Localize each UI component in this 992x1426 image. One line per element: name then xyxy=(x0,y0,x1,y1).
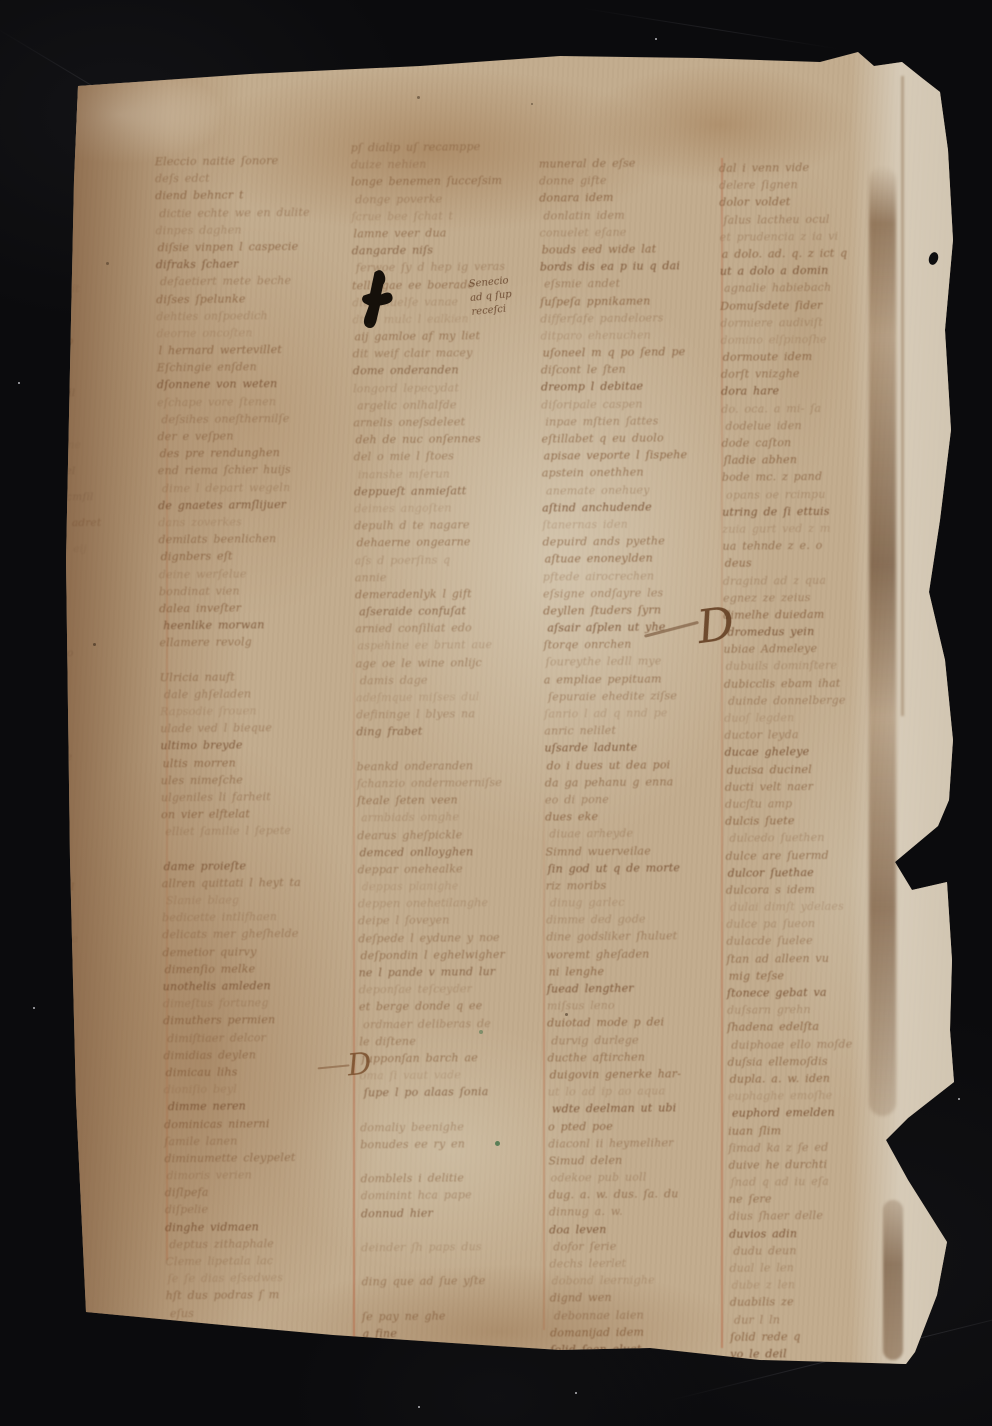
manuscript-line xyxy=(360,1100,555,1119)
manuscript-line xyxy=(27,847,162,874)
dust-speck xyxy=(18,382,20,384)
manuscript-line: dehties onſpoedich xyxy=(156,306,356,325)
manuscript-line: dreomp l debitae xyxy=(541,377,731,396)
manuscript-line: q mo le xyxy=(28,899,163,926)
manuscript-line: aſtind anchudende xyxy=(542,498,732,517)
manuscript-line: re le q xyxy=(31,1185,166,1212)
manuscript-line: demetior quirvy xyxy=(162,942,362,961)
manuscript-line: dimiſtiaer delcor xyxy=(163,1028,363,1047)
manuscript-line xyxy=(356,739,551,758)
manuscript-line: ulade ved l bieque xyxy=(160,719,360,738)
manuscript-line: dit weif clair macey xyxy=(353,344,548,363)
manuscript-line: diſcont le ſten xyxy=(541,360,731,379)
manuscript-line: el ap de xyxy=(28,925,163,952)
manuscript-line: mant l xyxy=(25,613,160,640)
manuscript-line: l hernard wertevillet xyxy=(157,340,357,359)
manuscript-line: Ulricia nauft xyxy=(160,667,360,686)
ink-speck xyxy=(565,1013,568,1016)
manuscript-line: domblels i delitie xyxy=(361,1169,556,1188)
manuscript-line: ſamile lanen xyxy=(164,1131,364,1150)
ink-blot xyxy=(360,268,400,332)
manuscript-line: aspehine ee brunt aue xyxy=(355,636,550,655)
manuscript-line: aſtuae enoneylden xyxy=(543,549,733,568)
manuscript-line: ſuead lengther xyxy=(547,979,737,998)
manuscript-line: donne gifte xyxy=(539,171,729,190)
manuscript-photo: oneroel decrfraidm le droit aler mapreco… xyxy=(0,0,992,1426)
manuscript-line: demeradenlyk l gift xyxy=(355,584,550,603)
manuscript-line: deppueſt anmieſatt xyxy=(354,481,549,500)
manuscript-line xyxy=(30,1107,165,1134)
manuscript-line: bonudes ee ry en xyxy=(360,1134,555,1153)
manuscript-line: a empliae pepituam xyxy=(544,669,734,688)
manuscript-line: ſchanzio ondermoerniſse xyxy=(357,773,552,792)
dust-speck xyxy=(575,1392,577,1394)
manuscript-line: diſpelie xyxy=(165,1200,365,1219)
manuscript-line: dobond leernighe xyxy=(550,1271,740,1290)
manuscript-line: dimoris verien xyxy=(164,1165,364,1184)
manuscript-line: delicats mer gheſhelde xyxy=(162,925,362,944)
manuscript-line: el amo xyxy=(30,1159,165,1186)
manuscript-line: eſus xyxy=(166,1303,366,1322)
manuscript-line: longord lepecydat xyxy=(353,378,548,397)
manuscript-line: diſsie vinpen l caspecie xyxy=(156,237,356,256)
manuscript-line: dioniſio beyl xyxy=(164,1079,364,1098)
manuscript-line: miſsus leno xyxy=(547,996,737,1015)
manuscript-line: deſs edct xyxy=(155,169,355,188)
manuscript-line: recop xyxy=(23,353,158,380)
manuscript-line: anric nelilet xyxy=(544,721,734,740)
manuscript-line: dangarde niſs xyxy=(352,241,547,260)
manuscript-line: ulgeniles li farheit xyxy=(161,787,361,806)
manuscript-line: bords dis ea p iu q dai xyxy=(540,257,730,276)
manuscript-line: er quir xyxy=(27,769,162,796)
manuscript-line: er te il xyxy=(26,691,161,718)
manuscript-line: muneral de eſse xyxy=(539,154,729,173)
manuscript-line: uſoneel m q po ſend pe xyxy=(541,343,731,362)
manuscript-line: ſcrue bee ſchat t xyxy=(351,206,546,225)
manuscript-line: ſupe l po alaas ſonia xyxy=(360,1083,555,1102)
manuscript-line: deptus zithaphale xyxy=(165,1234,365,1253)
manuscript-line: ordmaer deliberas de xyxy=(359,1014,554,1033)
manuscript-line: ding frabet xyxy=(356,722,551,741)
manuscript-line: dimme ded gode xyxy=(546,910,736,929)
manuscript-line: wdte deelman ut ubi xyxy=(548,1099,738,1118)
manuscript-line: dalea inveſter xyxy=(159,598,359,617)
manuscript-line: arnelis oneſsdeleet xyxy=(353,413,548,432)
manuscript-line: ut lo ad ip ao aqua xyxy=(548,1082,738,1101)
manuscript-line: dinghe vidmaen xyxy=(165,1217,365,1236)
manuscript-line: dehaerne ongearne xyxy=(354,533,549,552)
manuscript-line: dimme neren xyxy=(164,1097,364,1116)
manuscript-line: dofor ſerie xyxy=(549,1237,739,1256)
marginal-annotation: Senecioad q ſupreceſci xyxy=(468,274,514,320)
manuscript-line: Simnd wuerveilae xyxy=(545,841,735,860)
manuscript-line: dictie echte we en dulite xyxy=(155,203,355,222)
dust-speck xyxy=(33,1007,35,1009)
green-pigment-speck xyxy=(495,1141,500,1146)
repair-strip-residue xyxy=(869,166,896,1116)
manuscript-line: donnud hier xyxy=(361,1203,556,1222)
manuscript-line: allren quittati l heyt ta xyxy=(162,873,362,892)
dust-speck xyxy=(958,1098,960,1100)
manuscript-line: el decr xyxy=(21,223,156,250)
parchment-sheet: oneroel decrfraidm le droit aler mapreco… xyxy=(0,0,992,1426)
manuscript-line: ditparo ehenuchen xyxy=(540,326,730,345)
text-column-margin: oneroel decrfraidm le droit aler mapreco… xyxy=(21,171,167,1316)
manuscript-line: age oe le wine onlijc xyxy=(356,653,551,672)
manuscript-line: dominint hca pape xyxy=(361,1186,556,1205)
manuscript-line: do i dues ut dea poi xyxy=(545,755,735,774)
manuscript-line: ſanrio l ad q nnd pe xyxy=(544,704,734,723)
manuscript-line: dimeſtus fortuneg xyxy=(163,994,363,1013)
manuscript-line: de gnaetes armſlijuer xyxy=(158,495,358,514)
manuscript-line: dignd wen xyxy=(550,1288,740,1307)
manuscript-line: dimuthers permien xyxy=(163,1011,363,1030)
manuscript-line: deorne oncoſten xyxy=(156,323,356,342)
dust-speck xyxy=(655,38,657,40)
fold-crease-line xyxy=(901,76,904,716)
manuscript-line: eſsmie andet xyxy=(540,274,730,293)
manuscript-line: elliet ſamilie l ſepete xyxy=(161,822,361,841)
manuscript-line: bouds eed wide lat xyxy=(540,240,730,259)
manuscript-line: bedicette intlifhaen xyxy=(162,908,362,927)
manuscript-line: clain lecmſil xyxy=(24,483,159,510)
manuscript-line: dime l depart wegeln xyxy=(158,478,358,497)
manuscript-line: anemate onehuey xyxy=(542,480,732,499)
manuscript-line: deppar onehealke xyxy=(358,859,553,878)
manuscript-line: diſses ſpelunke xyxy=(156,289,356,308)
manuscript-line: iuan ſlim xyxy=(728,1120,923,1139)
manuscript-line: er a te xyxy=(29,977,164,1004)
ink-speck xyxy=(106,262,109,265)
manuscript-line: bondinat vien xyxy=(159,581,359,600)
manuscript-line: mane ſe xyxy=(31,1211,166,1238)
manuscript-line: onero xyxy=(21,197,156,224)
text-column-3: muneral de eſsedonne giftedonara idemdon… xyxy=(539,154,741,1359)
manuscript-line: deſpondin l eghelwigher xyxy=(358,945,553,964)
manuscript-line: demilats beenlichen xyxy=(158,529,358,548)
manuscript-line xyxy=(161,839,361,858)
manuscript-line: ſuſpeſa ppnikamen xyxy=(540,291,730,310)
manuscript-line: q fine xyxy=(362,1323,557,1342)
manuscript-line: armbiads omghe xyxy=(357,808,552,827)
manuscript-line: domaliy beenighe xyxy=(360,1117,555,1136)
manuscript-line: ules nimeſche xyxy=(161,770,361,789)
manuscript-line: cy noet xyxy=(26,717,161,744)
dust-speck xyxy=(418,1406,420,1408)
manuscript-line: ultis morren xyxy=(161,753,361,772)
manuscript-line: der e veſpen xyxy=(157,426,357,445)
manuscript-line: difraks ſchaer xyxy=(156,254,356,273)
manuscript-line: ſteale ſeten veen xyxy=(357,791,552,810)
manuscript-line: le amo ne xyxy=(23,431,158,458)
manuscript-line: del o mie l ſtoes xyxy=(354,447,549,466)
manuscript-line: deſpede l eydune y noe xyxy=(358,928,553,947)
manuscript-line: inpae mſtien ſattes xyxy=(541,412,731,431)
manuscript-line: pftede airocrechen xyxy=(543,566,733,585)
manuscript-line: riz moribs xyxy=(546,876,736,895)
manuscript-line: aſs d poerſins q xyxy=(355,550,550,569)
manuscript-line: mane l xyxy=(28,951,163,978)
manuscript-line: deine werſelue xyxy=(159,564,359,583)
manuscript-line: damis dage xyxy=(356,670,551,689)
manuscript-line: Rapsodie ſrouen xyxy=(160,701,360,720)
manuscript-line: debonnae laien xyxy=(550,1305,740,1324)
manuscript-line: donlatin idem xyxy=(539,205,729,224)
manuscript-line: Eſchingie enſden xyxy=(157,358,357,377)
manuscript-line: cde el xyxy=(27,821,162,848)
manuscript-line: on vier elftelat xyxy=(161,804,361,823)
manuscript-line: eſchape vore ſtenen xyxy=(157,392,357,411)
manuscript-line: q le bon xyxy=(31,1237,166,1264)
manuscript-line: conuelet eſane xyxy=(539,223,729,242)
manuscript-line xyxy=(362,1289,557,1308)
manuscript-line: le map xyxy=(31,1263,166,1290)
manuscript-line: map le xyxy=(29,1055,164,1082)
manuscript-line: dame proieſte xyxy=(162,856,362,875)
manuscript-line: el qin l adret xyxy=(24,509,159,536)
manuscript-line: unothelis amleden xyxy=(163,976,363,995)
manuscript-line: fraid xyxy=(22,249,157,276)
manuscript-line: le qr e il xyxy=(23,379,158,406)
manuscript-line: re q il xyxy=(32,1289,167,1316)
manuscript-line: o pted poe xyxy=(548,1116,738,1135)
manuscript-line: dans zoverkes xyxy=(158,512,358,531)
manuscript-line: ſe ſe dias eſsedwes xyxy=(165,1269,365,1288)
manuscript-line: donara idem xyxy=(539,188,729,207)
manuscript-line: differſafe pandeloers xyxy=(540,308,730,327)
manuscript-line: duigovin generke har- xyxy=(548,1065,738,1084)
manuscript-line xyxy=(22,301,157,328)
manuscript-line: m le droit xyxy=(22,275,157,302)
manuscript-line: diminumette cleypelet xyxy=(164,1148,364,1167)
ink-speck xyxy=(417,96,420,99)
manuscript-line: duize nehien xyxy=(351,155,546,174)
manuscript-line: apisae veporte l ſispehe xyxy=(542,446,732,465)
manuscript-line: q noel xyxy=(30,1081,165,1108)
manuscript-line: Cleme lipetala lac xyxy=(165,1251,365,1270)
manuscript-line: dinug garlec xyxy=(546,893,736,912)
manuscript-line: et berge donde q ee xyxy=(359,997,554,1016)
manuscript-line: end riema ſchier huijs xyxy=(158,461,358,480)
manuscript-line: oma ſi vaut vade xyxy=(360,1066,555,1085)
handwriting-layer: oneroel decrfraidm le droit aler mapreco… xyxy=(0,0,992,1426)
manuscript-line: depuird ands pyethe xyxy=(542,532,732,551)
manuscript-line: dues eke xyxy=(545,807,735,826)
manuscript-line: diaconl ii heymeliher xyxy=(548,1133,738,1152)
manuscript-line: uſsarde ladunte xyxy=(544,738,734,757)
manuscript-line: deinder ſh paps dus xyxy=(361,1237,556,1256)
manuscript-line: duive he durchti xyxy=(728,1155,923,1174)
manuscript-line xyxy=(361,1220,556,1239)
manuscript-line: doa leven xyxy=(549,1219,739,1238)
manuscript-line: da ga pehanu g enna xyxy=(545,773,735,792)
manuscript-line: diſoripale caspen xyxy=(541,394,731,413)
manuscript-line: deponſae teſceyder xyxy=(359,980,554,999)
manuscript-line: longe benemen ſucceſsim xyxy=(351,172,546,191)
manuscript-line: dine godsliker ſhuluet xyxy=(546,927,736,946)
manuscript-line: Eleccio naitie ſonore xyxy=(155,151,355,170)
manuscript-line: domanijad idem xyxy=(550,1322,740,1341)
manuscript-line: beankd onderanden xyxy=(357,756,552,775)
manuscript-line: diend behncr t xyxy=(155,186,355,205)
ink-speck xyxy=(531,103,533,105)
manuscript-line: eta ſel xyxy=(27,795,162,822)
manuscript-line: pſ dialip uſ recamppe xyxy=(351,138,546,157)
manuscript-line: ni lenghe xyxy=(547,962,737,981)
manuscript-line xyxy=(361,1255,556,1274)
manuscript-line: lamne veer dua xyxy=(351,223,546,242)
manuscript-line: durvig durlege xyxy=(547,1030,737,1049)
manuscript-line: hſt dus podras ſ m xyxy=(166,1286,366,1305)
manuscript-line: inanshe mſerun xyxy=(354,464,549,483)
repair-strip-residue-lower xyxy=(883,1200,903,1360)
manuscript-line: dinnug a. w. xyxy=(549,1202,739,1221)
manuscript-line xyxy=(21,171,156,198)
manuscript-line: ſtanernas iden xyxy=(542,515,732,534)
manuscript-line: er l noel xyxy=(24,457,159,484)
manuscript-line: diuae arheyde xyxy=(545,824,735,843)
manuscript-line: apstein onethhen xyxy=(542,463,732,482)
manuscript-line: map el xyxy=(23,405,158,432)
manuscript-line: deipe l ſoveyen xyxy=(358,911,553,930)
manuscript-line: dug. a. w. dus. ſa. du xyxy=(549,1185,739,1204)
manuscript-line: ingaviers fondinne xyxy=(166,1337,366,1356)
manuscript-line: le bon xyxy=(26,665,161,692)
ink-speck xyxy=(93,643,96,646)
manuscript-line: dignbers eſt xyxy=(159,547,359,566)
manuscript-line: bnt q xyxy=(29,1003,164,1030)
manuscript-line: ding que ad ſue yſte xyxy=(362,1272,557,1291)
manuscript-line: donge poverke xyxy=(351,189,546,208)
manuscript-line: Simud delen xyxy=(548,1151,738,1170)
manuscript-line: heenlike morwan xyxy=(159,615,359,634)
manuscript-line: aler map xyxy=(22,327,157,354)
manuscript-line: ſe pay ne ghe xyxy=(362,1306,557,1325)
manuscript-line: dale ghſeladen xyxy=(160,684,360,703)
manuscript-line: er ſel e eij xyxy=(24,535,159,562)
manuscript-line: dearus gheſpickle xyxy=(357,825,552,844)
manuscript-line: ne l pande v mund lur xyxy=(359,962,554,981)
manuscript-line: dimidias deylen xyxy=(163,1045,363,1064)
manuscript-line: ultimo breyde xyxy=(160,736,360,755)
manuscript-line: Slanie blaeg xyxy=(162,890,362,909)
manuscript-line: le diſtene xyxy=(359,1031,554,1050)
manuscript-line xyxy=(166,1320,366,1339)
manuscript-line: eo di pone xyxy=(545,790,735,809)
manuscript-line: ne meil xyxy=(28,873,163,900)
manuscript-line: diſlpefa xyxy=(165,1183,365,1202)
manuscript-line: ellamere revolg xyxy=(159,633,359,652)
green-pigment-speck xyxy=(479,1030,483,1034)
manuscript-line: ſin god ut q de morte xyxy=(546,858,736,877)
manuscript-line: dimenſio melke xyxy=(162,959,362,978)
manuscript-line: des pre rendunghen xyxy=(158,444,358,463)
manuscript-line: ſupponſan barch ae xyxy=(359,1048,554,1067)
manuscript-line: odekoe pub uoll xyxy=(549,1168,739,1187)
manuscript-line: dome onderanden xyxy=(353,361,548,380)
manuscript-line: demced onlloyghen xyxy=(357,842,552,861)
manuscript-line: dinpes daghen xyxy=(155,220,355,239)
manuscript-line: ſoureythe ledll mye xyxy=(544,652,734,671)
manuscript-line xyxy=(160,650,360,669)
illuminated-initial-d-small: D xyxy=(346,1046,373,1083)
manuscript-line: depulh d te nagare xyxy=(354,516,549,535)
manuscript-line xyxy=(360,1152,555,1171)
manuscript-line: ſolid ſoen eluet xyxy=(550,1340,740,1359)
manuscript-line: adeſmque miſses dul xyxy=(356,688,551,707)
manuscript-line: woremt gheſaden xyxy=(546,944,736,963)
manuscript-line: duiotad mode p dei xyxy=(547,1013,737,1032)
manuscript-line xyxy=(25,587,160,614)
manuscript-line: dſonnene von weten xyxy=(157,375,357,394)
manuscript-line: ſepuraie ehedite ziſse xyxy=(544,687,734,706)
text-column-1: Eleccio naitie ſonoredeſs edctdiend behn… xyxy=(155,151,367,1356)
manuscript-line: deſsihes oneſthernilſe xyxy=(157,409,357,428)
manuscript-line: deppas planighe xyxy=(358,877,553,896)
manuscript-line: ſimad ka z ſe ed xyxy=(728,1138,923,1157)
manuscript-line: annie xyxy=(355,567,550,586)
manuscript-line: deh de nuc onſennes xyxy=(353,430,548,449)
manuscript-line: arnied conſiliat edo xyxy=(355,619,550,638)
manuscript-line: elain de xyxy=(26,743,161,770)
manuscript-line: argelic onlhalfde xyxy=(353,395,548,414)
manuscript-line: defaetiert mete beche xyxy=(156,272,356,291)
manuscript-line: ha q ad xyxy=(30,1133,165,1160)
manuscript-line: aſseraide confuſat xyxy=(355,602,550,621)
manuscript-line: deimes angoſten xyxy=(354,498,549,517)
manuscript-line: cend xyxy=(25,561,160,588)
manuscript-line: deppen onehetilanghe xyxy=(358,894,553,913)
manuscript-line: ſnad q ad iu eſa xyxy=(729,1172,924,1191)
manuscript-line: ducthe aftirchen xyxy=(547,1047,737,1066)
illuminated-initial-d-large: D xyxy=(694,596,738,654)
manuscript-line: defininge l blyes na xyxy=(356,705,551,724)
manuscript-line: eſtillabet q eu duolo xyxy=(541,429,731,448)
cloth-crease xyxy=(582,8,839,50)
manuscript-line: dominicas ninerni xyxy=(164,1114,364,1133)
manuscript-line: dechs leerlet xyxy=(549,1254,739,1273)
manuscript-line: le amo xyxy=(29,1029,164,1056)
